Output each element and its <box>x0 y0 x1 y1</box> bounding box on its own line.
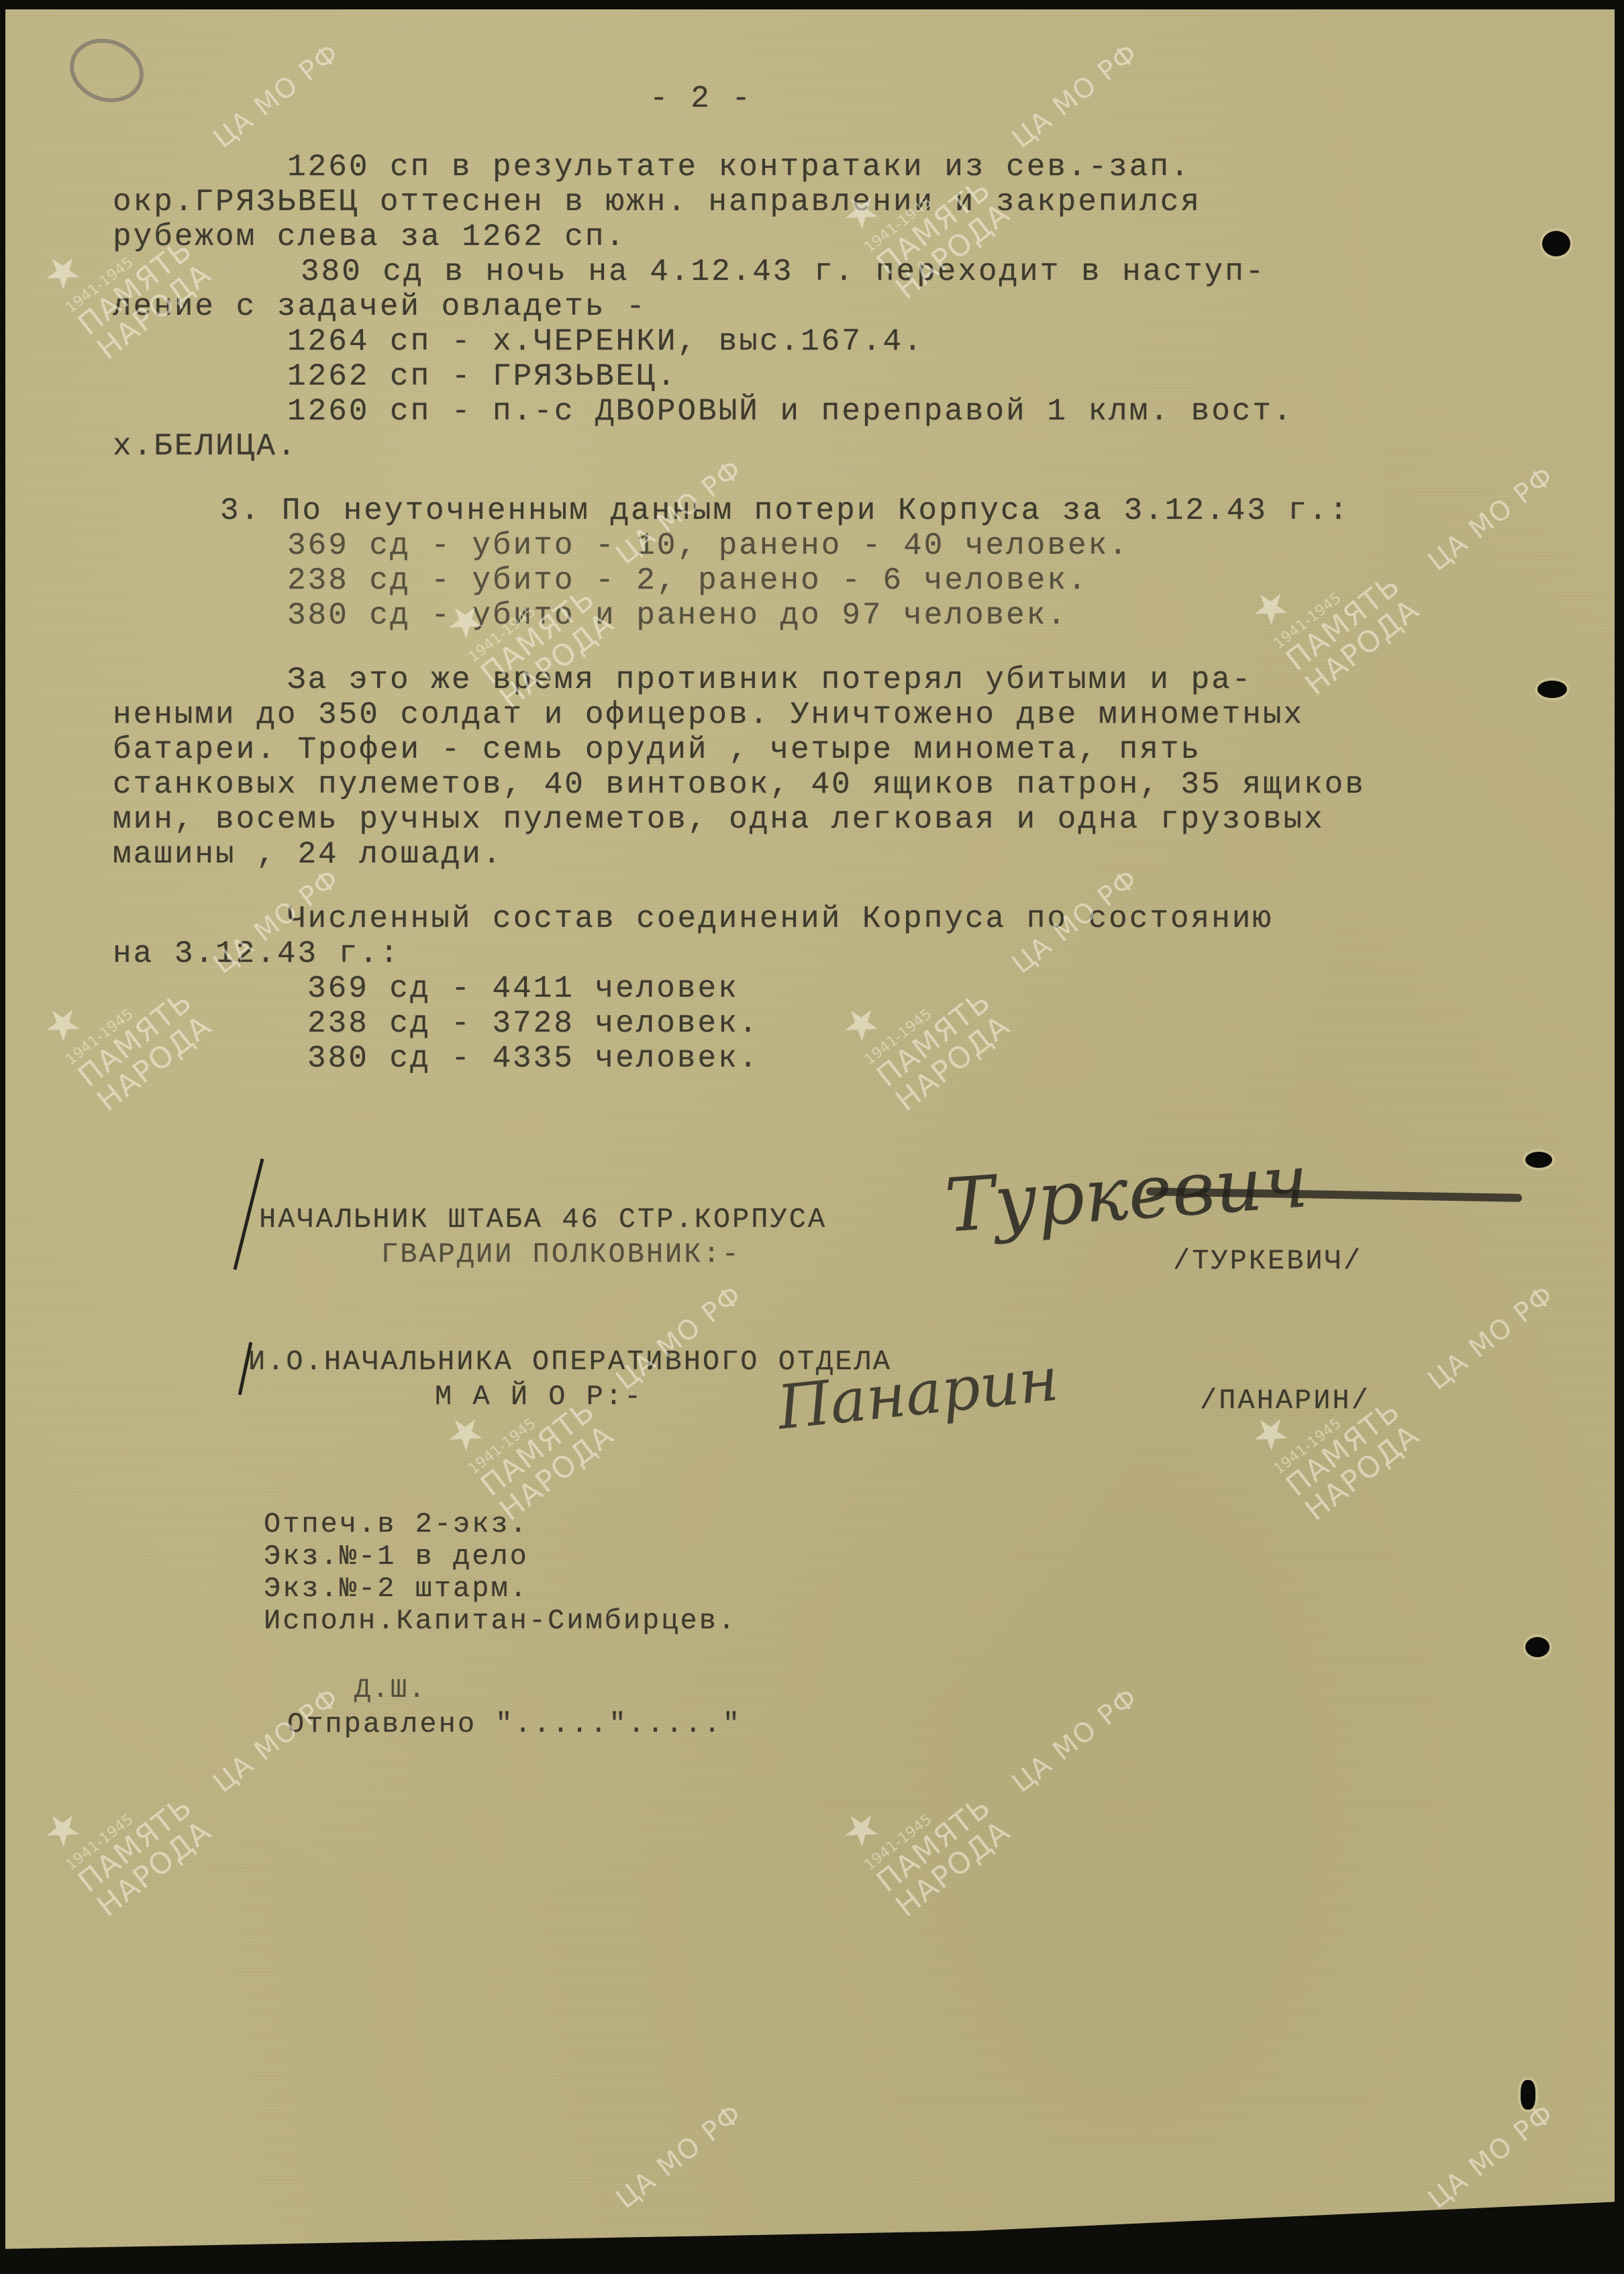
distribution-copy-2: Экз.№-2 штарм. <box>264 1572 529 1605</box>
punch-hole <box>1521 2080 1535 2110</box>
watermark-memory: ★ 1941-1945 ПАМЯТЬ НАРОДА <box>1240 517 1425 701</box>
watermark-line-1: ПАМЯТЬ <box>73 985 199 1093</box>
star-icon: ★ <box>831 933 968 1055</box>
signature-2-title-line-2: М А Й О Р:- <box>435 1380 643 1414</box>
strength-heading-line-2: на 3.12.43 г.: <box>113 937 400 971</box>
signature-1-title-line-1: НАЧАЛЬНИК ШТАБА 46 СТР.КОРПУСА <box>259 1203 827 1236</box>
signature-1-title-line-2: ГВАРДИИ ПОЛКОВНИК:- <box>381 1238 741 1271</box>
paragraph-1-line-1: 1260 сп в результате контратаки из сев.-… <box>287 150 1191 184</box>
watermark-years: 1941-1945 <box>63 1778 180 1874</box>
watermark-years: 1941-1945 <box>862 973 978 1069</box>
paragraph-2-line-1: 380 сд в ночь на 4.12.43 г. переходит в … <box>301 255 1266 289</box>
pencil-mark <box>61 29 153 113</box>
watermark-archive: ЦА МО РФ <box>1423 460 1560 577</box>
enemy-losses-line-4: станковых пулеметов, 40 винтовок, 40 ящи… <box>113 768 1366 801</box>
document-page: - 2 - 1260 сп в результате контратаки из… <box>5 9 1615 2251</box>
distribution-executor: Исполн.Капитан-Симбирцев. <box>264 1604 737 1638</box>
watermark-line-2: НАРОДА <box>891 1816 1016 1923</box>
watermark-years: 1941-1945 <box>862 1778 978 1874</box>
strength-238: 238 сд - 3728 человек. <box>307 1007 759 1040</box>
objective-1264: 1264 сп - х.ЧЕРЕНКИ, выс.167.4. <box>287 325 924 358</box>
strength-380: 380 сд - 4335 человек. <box>307 1042 759 1075</box>
watermark-archive: ЦА МО РФ <box>1007 38 1144 154</box>
paragraph-1-line-3: рубежом слева за 1262 сп. <box>113 220 626 254</box>
objective-1262: 1262 сп - ГРЯЗЬВЕЦ. <box>287 360 678 393</box>
objective-1260: 1260 сп - п.-с ДВОРОВЫЙ и переправой 1 к… <box>287 395 1294 428</box>
punch-hole <box>1525 1637 1550 1657</box>
punch-hole <box>1537 681 1567 698</box>
watermark-memory: ★ 1941-1945 ПАМЯТЬ НАРОДА <box>831 1738 1016 1922</box>
enemy-losses-line-2: неными до 350 солдат и офицеров. Уничтож… <box>113 698 1304 732</box>
watermark-archive: ЦА МО РФ <box>611 2098 748 2215</box>
watermark-line-2: НАРОДА <box>1300 594 1425 701</box>
strength-369: 369 сд - 4411 человек <box>307 972 739 1005</box>
watermark-line-2: НАРОДА <box>92 1010 217 1118</box>
watermark-memory: ★ 1941-1945 ПАМЯТЬ НАРОДА <box>32 1738 217 1922</box>
signature-2-name: /ПАНАРИН/ <box>1200 1384 1370 1418</box>
paragraph-2-line-2: ление с задачей овладеть - <box>113 290 647 324</box>
star-icon: ★ <box>32 1738 169 1861</box>
losses-369: 369 сд - убито - 10, ранено - 40 человек… <box>287 529 1129 562</box>
objective-tail: х.БЕЛИЦА. <box>113 430 297 463</box>
distribution-copy-1: Экз.№-1 в дело <box>264 1540 529 1573</box>
watermark-line-1: ПАМЯТЬ <box>872 1791 997 1898</box>
watermark-years: 1941-1945 <box>63 973 180 1069</box>
watermark-line-1: ПАМЯТЬ <box>872 985 997 1093</box>
watermark-years: 1941-1945 <box>1271 556 1388 652</box>
watermark-line-1: ПАМЯТЬ <box>73 1791 199 1898</box>
watermark-line-2: НАРОДА <box>891 1010 1016 1118</box>
losses-380: 380 сд - убито и ранено до 97 человек. <box>287 599 1068 632</box>
section-3-heading: 3. По неуточненным данным потери Корпуса… <box>220 494 1350 528</box>
enemy-losses-line-5: мин, восемь ручных пулеметов, одна легко… <box>113 803 1325 836</box>
watermark-memory: ★ 1941-1945 ПАМЯТЬ НАРОДА <box>831 933 1016 1117</box>
star-icon: ★ <box>831 1738 968 1861</box>
watermark-line-1: ПАМЯТЬ <box>1281 569 1407 677</box>
watermark-archive: ЦА МО РФ <box>1423 1279 1560 1396</box>
watermark-archive: ЦА МО РФ <box>1423 2098 1560 2215</box>
distribution-copies: Отпеч.в 2-экз. <box>264 1507 529 1541</box>
watermark-memory: ★ 1941-1945 ПАМЯТЬ НАРОДА <box>1240 1342 1425 1526</box>
losses-238: 238 сд - убито - 2, ранено - 6 человек. <box>287 564 1088 597</box>
signature-1-name: /ТУРКЕВИЧ/ <box>1173 1244 1362 1278</box>
dispatch-initials: Д.Ш. <box>354 1674 427 1708</box>
watermark-line-2: НАРОДА <box>92 1816 217 1923</box>
enemy-losses-line-3: батареи. Трофеи - семь орудий , четыре м… <box>113 733 1201 767</box>
strength-heading-line-1: Численный состав соединений Корпуса по с… <box>287 902 1273 936</box>
enemy-losses-line-1: За это же время противник потерял убитым… <box>287 663 1252 697</box>
punch-hole <box>1542 231 1570 256</box>
paragraph-1-line-2: окр.ГРЯЗЬВЕЦ оттеснен в южн. направлении… <box>113 185 1201 219</box>
page-number: - 2 - <box>650 82 752 115</box>
star-icon: ★ <box>1240 517 1377 639</box>
dispatch-line: Отправлено "....."....." <box>287 1708 742 1741</box>
watermark-line-2: НАРОДА <box>1300 1420 1425 1527</box>
enemy-losses-line-6: машины , 24 лошади. <box>113 838 503 871</box>
punch-hole <box>1525 1152 1552 1168</box>
watermark-archive: ЦА МО РФ <box>1007 1682 1144 1799</box>
watermark-archive: ЦА МО РФ <box>208 38 346 154</box>
